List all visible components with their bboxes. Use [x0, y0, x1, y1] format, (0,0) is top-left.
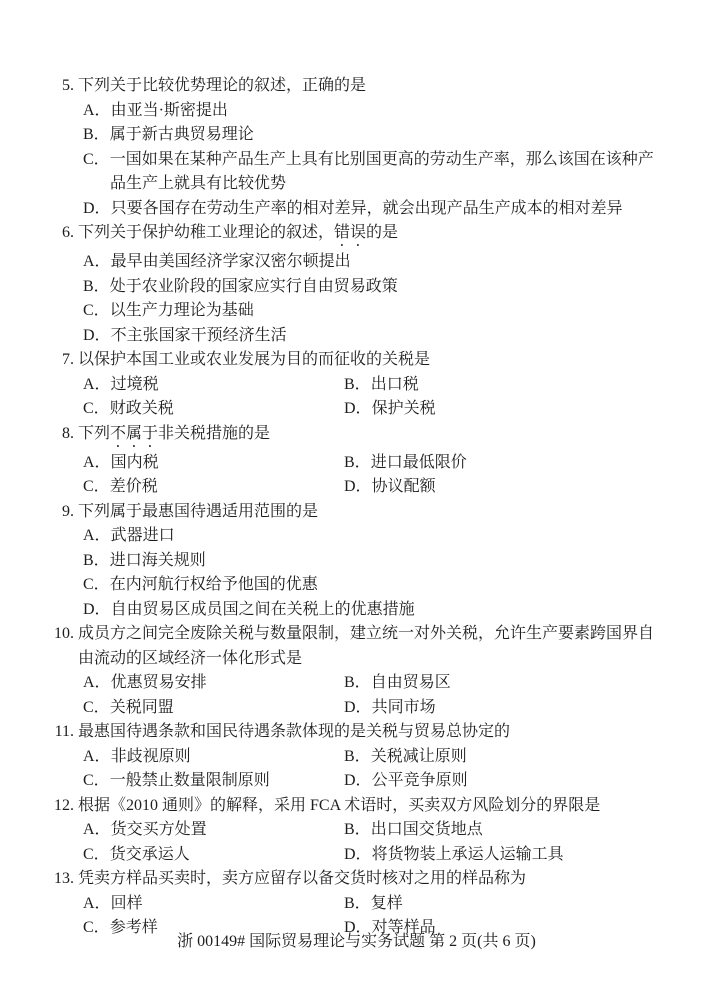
question-9: 9.下列属于最惠国待遇适用范围的是 A．武器进口 B．进口海关规则 C．在内河航…: [0, 500, 713, 623]
question-number: 13.: [46, 867, 74, 892]
question-10: 10.成员方之间完全废除关税与数量限制，建立统一对外关税，允许生产要素跨国界自由…: [0, 622, 713, 720]
question-stem-text: 的是: [366, 224, 398, 241]
option-row: C．一般禁止数量限制原则 D．公平竞争原则: [83, 769, 713, 794]
option-label: B．: [344, 748, 371, 765]
option-text: 保护关税: [372, 400, 436, 417]
option-8d: D．协议配额: [344, 475, 713, 500]
page-footer: 浙 00149# 国际贸易理论与实务试题 第 2 页(共 6 页): [0, 930, 713, 955]
option-text: 非歧视原则: [111, 748, 191, 765]
option-5d: D．只要各国存在劳动生产率的相对差异，就会出现产品生产成本的相对差异: [83, 197, 669, 222]
question-stem-text: 成员方之间完全废除关税与数量限制，建立统一对外关税，允许生产要素跨国界自由流动的…: [78, 625, 654, 667]
option-label: A．: [83, 748, 111, 765]
option-8c: C．差价税: [83, 475, 344, 500]
option-label: A．: [83, 674, 111, 691]
option-label: B．: [344, 376, 371, 393]
option-label: B．: [83, 278, 110, 295]
option-5b: B．属于新古典贸易理论: [83, 123, 669, 148]
question-stem-text: 凭卖方样品买卖时，卖方应留存以备交货时核对之用的样品称为: [78, 870, 526, 887]
question-stem-text: 以保护本国工业或农业发展为目的而征收的关税是: [78, 351, 430, 368]
option-9c: C．在内河航行权给予他国的优惠: [83, 573, 669, 598]
emphasized-word: 错误: [334, 224, 366, 241]
question-11: 11.最惠国待遇条款和国民待遇条款体现的是关税与贸易总协定的 A．非歧视原则 B…: [0, 720, 713, 794]
question-number: 7.: [46, 348, 74, 373]
option-text: 货交买方处置: [111, 821, 207, 838]
option-text: 一国如果在某种产品生产上具有比别国更高的劳动生产率，那么该国在该种产品生产上就具…: [110, 151, 654, 193]
option-5c: C．一国如果在某种产品生产上具有比别国更高的劳动生产率，那么该国在该种产品生产上…: [83, 148, 669, 197]
question-stem: 10.成员方之间完全废除关税与数量限制，建立统一对外关税，允许生产要素跨国界自由…: [46, 622, 666, 671]
option-text: 回样: [111, 895, 143, 912]
exam-page: 5.下列关于比较优势理论的叙述，正确的是 A．由亚当·斯密提出 B．属于新古典贸…: [0, 0, 713, 1007]
question-stem-text: 下列: [78, 425, 110, 442]
option-label: C．: [83, 772, 110, 789]
option-13a: A．回样: [83, 892, 344, 917]
option-text: 自由贸易区成员国之间在关税上的优惠措施: [111, 601, 415, 618]
question-stem-text: 最惠国待遇条款和国民待遇条款体现的是关税与贸易总协定的: [78, 723, 510, 740]
option-label: D．: [344, 699, 372, 716]
option-text: 属于新古典贸易理论: [110, 126, 254, 143]
option-label: D．: [83, 200, 111, 217]
option-label: B．: [83, 126, 110, 143]
option-text: 在内河航行权给予他国的优惠: [110, 576, 318, 593]
option-text: 处于农业阶段的国家应实行自由贸易政策: [110, 278, 398, 295]
question-stem: 5.下列关于比较优势理论的叙述，正确的是: [46, 74, 666, 99]
question-number: 5.: [46, 74, 74, 99]
option-10b: B．自由贸易区: [344, 671, 713, 696]
option-text: 国内税: [111, 454, 159, 471]
option-label: B．: [83, 552, 110, 569]
option-text: 复样: [371, 895, 403, 912]
option-row: A．非歧视原则 B．关税减让原则: [83, 745, 713, 770]
question-stem-text: 非关税措施的是: [158, 425, 270, 442]
option-10c: C．关税同盟: [83, 696, 344, 721]
option-label: C．: [83, 400, 110, 417]
option-label: B．: [344, 895, 371, 912]
option-text: 自由贸易区: [371, 674, 451, 691]
option-9a: A．武器进口: [83, 524, 669, 549]
option-label: D．: [344, 400, 372, 417]
option-label: C．: [83, 478, 110, 495]
option-text: 关税同盟: [110, 699, 174, 716]
option-7c: C．财政关税: [83, 397, 344, 422]
option-label: A．: [83, 821, 111, 838]
question-stem: 6.下列关于保护幼稚工业理论的叙述，错误的是: [46, 221, 666, 250]
option-text: 财政关税: [110, 400, 174, 417]
question-stem: 11.最惠国待遇条款和国民待遇条款体现的是关税与贸易总协定的: [46, 720, 666, 745]
question-list: 5.下列关于比较优势理论的叙述，正确的是 A．由亚当·斯密提出 B．属于新古典贸…: [0, 74, 713, 941]
option-row: C．货交承运人 D．将货物装上承运人运输工具: [83, 843, 713, 868]
option-text: 过境税: [111, 376, 159, 393]
question-stem: 9.下列属于最惠国待遇适用范围的是: [46, 500, 666, 525]
option-text: 进口海关规则: [110, 552, 206, 569]
option-11b: B．关税减让原则: [344, 745, 713, 770]
option-13b: B．复样: [344, 892, 713, 917]
option-5a: A．由亚当·斯密提出: [83, 99, 669, 124]
option-label: D．: [344, 478, 372, 495]
option-label: C．: [83, 699, 110, 716]
option-9b: B．进口海关规则: [83, 549, 669, 574]
question-number: 11.: [46, 720, 74, 745]
emphasized-word: 不属于: [110, 425, 158, 442]
option-text: 以生产力理论为基础: [110, 302, 254, 319]
option-row: A．货交买方处置 B．出口国交货地点: [83, 818, 713, 843]
option-label: A．: [83, 102, 111, 119]
option-12a: A．货交买方处置: [83, 818, 344, 843]
option-6b: B．处于农业阶段的国家应实行自由贸易政策: [83, 275, 669, 300]
option-text: 将货物装上承运人运输工具: [372, 846, 564, 863]
question-stem-text: 下列关于比较优势理论的叙述，正确的是: [78, 77, 366, 94]
option-label: A．: [83, 253, 111, 270]
option-text: 关税减让原则: [371, 748, 467, 765]
question-stem: 7.以保护本国工业或农业发展为目的而征收的关税是: [46, 348, 666, 373]
option-text: 优惠贸易安排: [111, 674, 207, 691]
question-12: 12.根据《2010 通则》的解释，采用 FCA 术语时，买卖双方风险划分的界限…: [0, 794, 713, 868]
question-number: 9.: [46, 500, 74, 525]
option-text: 不主张国家干预经济生活: [111, 327, 287, 344]
question-stem-text: 下列关于保护幼稚工业理论的叙述，: [78, 224, 334, 241]
option-9d: D．自由贸易区成员国之间在关税上的优惠措施: [83, 598, 669, 623]
option-label: A．: [83, 895, 111, 912]
option-row: C．财政关税 D．保护关税: [83, 397, 713, 422]
option-8b: B．进口最低限价: [344, 451, 713, 476]
option-text: 只要各国存在劳动生产率的相对差异，就会出现产品生产成本的相对差异: [111, 200, 623, 217]
question-7: 7.以保护本国工业或农业发展为目的而征收的关税是 A．过境税 B．出口税 C．财…: [0, 348, 713, 422]
option-11d: D．公平竞争原则: [344, 769, 713, 794]
question-5: 5.下列关于比较优势理论的叙述，正确的是 A．由亚当·斯密提出 B．属于新古典贸…: [0, 74, 713, 221]
option-6a: A．最早由美国经济学家汉密尔顿提出: [83, 250, 669, 275]
option-text: 最早由美国经济学家汉密尔顿提出: [111, 253, 351, 270]
option-7d: D．保护关税: [344, 397, 713, 422]
option-8a: A．国内税: [83, 451, 344, 476]
question-8: 8.下列不属于非关税措施的是 A．国内税 B．进口最低限价 C．差价税 D．协议…: [0, 422, 713, 500]
option-label: C．: [83, 151, 110, 168]
question-number: 10.: [46, 622, 74, 647]
question-stem: 13.凭卖方样品买卖时，卖方应留存以备交货时核对之用的样品称为: [46, 867, 666, 892]
option-row: C．关税同盟 D．共同市场: [83, 696, 713, 721]
option-text: 协议配额: [372, 478, 436, 495]
option-label: B．: [344, 454, 371, 471]
question-stem-text: 下列属于最惠国待遇适用范围的是: [78, 503, 318, 520]
question-number: 12.: [46, 794, 74, 819]
option-6c: C．以生产力理论为基础: [83, 299, 669, 324]
option-label: C．: [83, 302, 110, 319]
option-label: B．: [344, 674, 371, 691]
option-row: A．回样 B．复样: [83, 892, 713, 917]
option-label: D．: [83, 601, 111, 618]
option-label: D．: [344, 772, 372, 789]
option-6d: D．不主张国家干预经济生活: [83, 324, 669, 349]
option-label: A．: [83, 376, 111, 393]
option-7b: B．出口税: [344, 373, 713, 398]
option-12d: D．将货物装上承运人运输工具: [344, 843, 713, 868]
option-11c: C．一般禁止数量限制原则: [83, 769, 344, 794]
option-text: 武器进口: [111, 527, 175, 544]
option-row: A．优惠贸易安排 B．自由贸易区: [83, 671, 713, 696]
option-text: 货交承运人: [110, 846, 190, 863]
option-label: B．: [344, 821, 371, 838]
option-label: C．: [83, 846, 110, 863]
option-11a: A．非歧视原则: [83, 745, 344, 770]
option-row: C．差价税 D．协议配额: [83, 475, 713, 500]
option-text: 差价税: [110, 478, 158, 495]
option-7a: A．过境税: [83, 373, 344, 398]
option-text: 共同市场: [372, 699, 436, 716]
question-stem: 12.根据《2010 通则》的解释，采用 FCA 术语时，买卖双方风险划分的界限…: [46, 794, 666, 819]
question-number: 6.: [46, 221, 74, 246]
option-label: D．: [344, 846, 372, 863]
option-12c: C．货交承运人: [83, 843, 344, 868]
question-stem: 8.下列不属于非关税措施的是: [46, 422, 666, 451]
option-row: A．过境税 B．出口税: [83, 373, 713, 398]
option-label: C．: [83, 576, 110, 593]
option-text: 公平竞争原则: [372, 772, 468, 789]
option-label: A．: [83, 527, 111, 544]
question-stem-text: 根据《2010 通则》的解释，采用 FCA 术语时，买卖双方风险划分的界限是: [78, 797, 600, 814]
option-text: 一般禁止数量限制原则: [110, 772, 270, 789]
option-10d: D．共同市场: [344, 696, 713, 721]
option-text: 出口国交货地点: [371, 821, 483, 838]
option-label: A．: [83, 454, 111, 471]
option-text: 由亚当·斯密提出: [111, 102, 228, 119]
option-10a: A．优惠贸易安排: [83, 671, 344, 696]
question-number: 8.: [46, 422, 74, 447]
option-label: D．: [83, 327, 111, 344]
option-row: A．国内税 B．进口最低限价: [83, 451, 713, 476]
option-text: 进口最低限价: [371, 454, 467, 471]
question-6: 6.下列关于保护幼稚工业理论的叙述，错误的是 A．最早由美国经济学家汉密尔顿提出…: [0, 221, 713, 348]
option-text: 出口税: [371, 376, 419, 393]
option-12b: B．出口国交货地点: [344, 818, 713, 843]
